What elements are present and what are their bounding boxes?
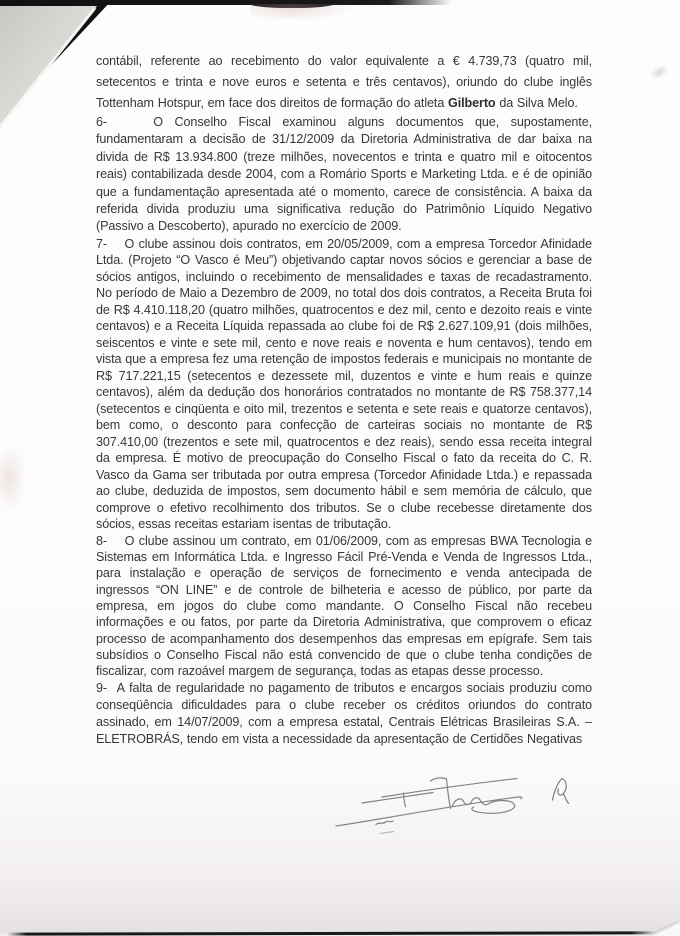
scanned-page: contábil, referente ao recebimento do va… <box>0 0 680 936</box>
document-body: contábil, referente ao recebimento do va… <box>96 51 592 748</box>
signature-strokes <box>336 778 522 834</box>
paragraph-text: da Silva Melo. <box>496 96 578 110</box>
faint-mark-right <box>647 62 671 82</box>
paragraph-text: 6- O Conselho Fiscal examinou alguns doc… <box>96 115 592 233</box>
athlete-name-bold: Gilberto <box>448 96 495 110</box>
paragraph-item-7: 7- O clube assinou dois contratos, em 20… <box>96 236 592 533</box>
ink-smudge-left <box>0 446 26 510</box>
paragraph-item-6: 6- O Conselho Fiscal examinou alguns doc… <box>96 114 592 236</box>
paragraph-text: 8- O clube assinou um contrato, em 01/06… <box>96 534 592 678</box>
scan-shadow-bottom <box>0 861 680 933</box>
paragraph-text: 7- O clube assinou dois contratos, em 20… <box>96 237 592 532</box>
paragraph-item-8: 8- O clube assinou um contrato, em 01/06… <box>96 533 592 680</box>
scan-edge-bottom <box>7 932 657 936</box>
paragraph-item-9: 9- A falta de regularidade no pagamento … <box>96 680 592 748</box>
paragraph-text: 9- A falta de regularidade no pagamento … <box>96 681 592 746</box>
scan-edge-top-blob <box>246 0 338 8</box>
paragraph-continuation: contábil, referente ao recebimento do va… <box>96 51 592 114</box>
signature-scribble <box>325 768 580 846</box>
initials-mark <box>553 779 569 804</box>
